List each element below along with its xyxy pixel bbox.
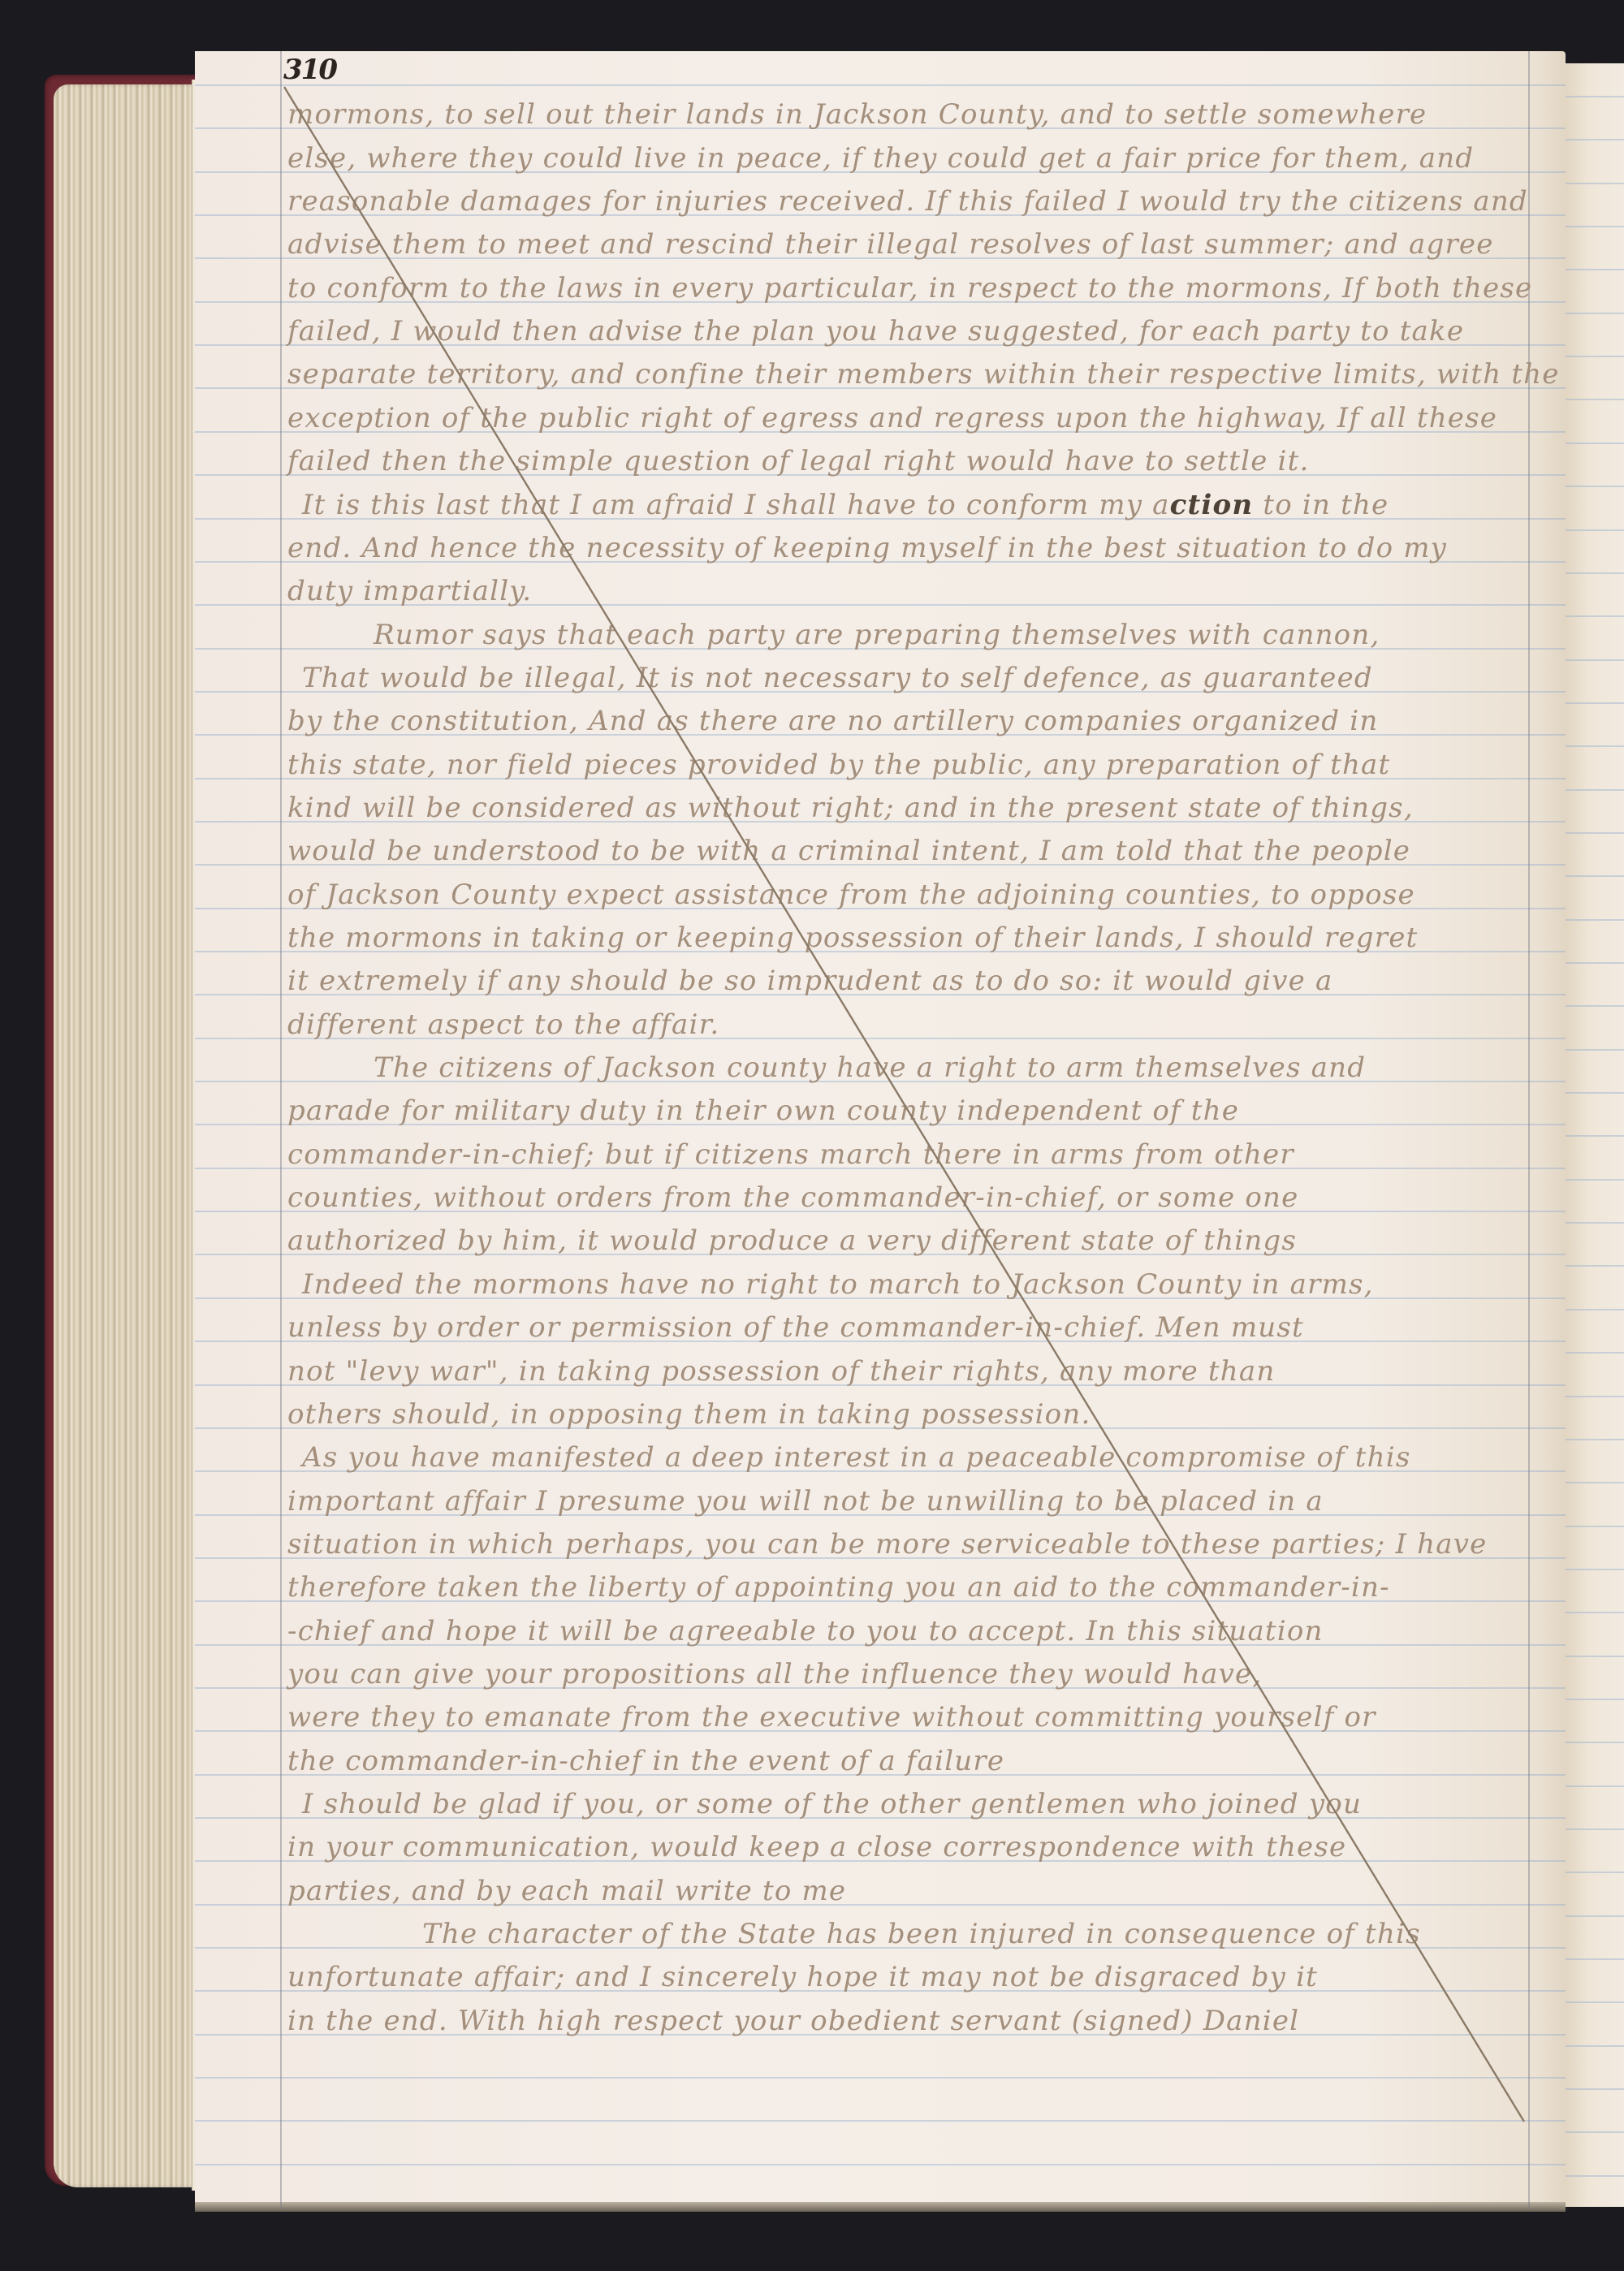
facing-page-ruled-line xyxy=(1566,486,1624,487)
facing-page-ruled-line xyxy=(1566,2175,1624,2177)
ruled-line xyxy=(195,2120,1566,2122)
facing-page-ruled-line xyxy=(1566,1092,1624,1094)
facing-page-ruled-line xyxy=(1566,1569,1624,1570)
facing-page-ruled-line xyxy=(1566,789,1624,791)
handwritten-line: The citizens of Jackson county have a ri… xyxy=(374,1051,1616,1084)
facing-page-ruled-line xyxy=(1566,615,1624,617)
facing-page-ruled-line xyxy=(1566,1482,1624,1483)
handwritten-line: authorized by him, it would produce a ve… xyxy=(287,1224,1530,1257)
handwritten-line: to conform to the laws in every particul… xyxy=(287,272,1530,304)
facing-page-ruled-line xyxy=(1566,1179,1624,1181)
facing-page-ruled-line xyxy=(1566,1699,1624,1700)
handwritten-line: different aspect to the affair. xyxy=(287,1008,1530,1041)
facing-page-ruled-line xyxy=(1566,1352,1624,1354)
facing-page-ruled-line xyxy=(1566,572,1624,574)
facing-page-ruled-line xyxy=(1566,2088,1624,2090)
handwritten-line: parties, and by each mail write to me xyxy=(287,1875,1530,1907)
facing-page-ruled-line xyxy=(1566,529,1624,531)
handwritten-line: exception of the public right of egress … xyxy=(287,402,1530,434)
facing-page-ruled-line xyxy=(1566,2045,1624,2047)
page-number: 310 xyxy=(283,54,336,86)
handwritten-line: the commander-in-chief in the event of a… xyxy=(287,1745,1530,1777)
handwritten-line: important affair I presume you will not … xyxy=(287,1485,1530,1518)
handwritten-line: duty impartially. xyxy=(287,575,1530,607)
handwritten-line: The character of the State has been inju… xyxy=(422,1918,1624,1950)
handwritten-line: parade for military duty in their own co… xyxy=(287,1094,1530,1127)
facing-page-ruled-line xyxy=(1566,1612,1624,1613)
handwritten-line: commander-in-chief; but if citizens marc… xyxy=(287,1138,1530,1171)
handwritten-line: failed then the simple question of legal… xyxy=(287,445,1530,477)
ruled-line xyxy=(195,2077,1566,2079)
handwritten-line: unfortunate affair; and I sincerely hope… xyxy=(287,1961,1530,1993)
facing-page-ruled-line xyxy=(1566,919,1624,921)
facing-page-ruled-line xyxy=(1566,183,1624,184)
facing-page-ruled-line xyxy=(1566,2131,1624,2133)
handwritten-line: not "levy war", in taking possession of … xyxy=(287,1355,1530,1388)
facing-page-ruled-line xyxy=(1566,356,1624,357)
handwritten-line: were they to emanate from the executive … xyxy=(287,1701,1530,1733)
facing-page-ruled-line xyxy=(1566,1742,1624,1743)
facing-page-ruled-line xyxy=(1566,1785,1624,1787)
handwritten-line: in the end. With high respect your obedi… xyxy=(287,2005,1530,2037)
handwritten-line: situation in which perhaps, you can be m… xyxy=(287,1528,1530,1561)
handwritten-line: else, where they could live in peace, if… xyxy=(287,142,1530,175)
facing-page-ruled-line xyxy=(1566,1222,1624,1224)
handwritten-line: in your communication, would keep a clos… xyxy=(287,1831,1530,1863)
ruled-line xyxy=(195,84,1566,86)
facing-page-ruled-line xyxy=(1566,1958,1624,1960)
handwritten-line: kind will be considered as without right… xyxy=(287,792,1530,824)
handwritten-line: would be understood to be with a crimina… xyxy=(287,835,1530,867)
handwritten-line: Indeed the mormons have no right to marc… xyxy=(302,1268,1544,1301)
facing-page-ruled-line xyxy=(1566,1005,1624,1007)
handwritten-line: therefore taken the liberty of appointin… xyxy=(287,1571,1530,1604)
handwritten-line: others should, in opposing them in takin… xyxy=(287,1398,1530,1431)
handwritten-line: advise them to meet and rescind their il… xyxy=(287,228,1530,261)
handwritten-line: reasonable damages for injuries received… xyxy=(287,185,1530,218)
handwritten-line: separate territory, and confine their me… xyxy=(287,358,1530,391)
page-stack-fore-edge xyxy=(54,84,200,2187)
facing-page-ruled-line xyxy=(1566,1526,1624,1527)
line-text-before: It is this last that I am afraid I shall… xyxy=(302,489,1170,521)
facing-page-ruled-line xyxy=(1566,1309,1624,1310)
facing-page-ruled-line xyxy=(1566,2001,1624,2003)
handwritten-line: Rumor says that each party are preparing… xyxy=(374,619,1616,651)
line-text-after: to in the xyxy=(1253,489,1389,521)
handwritten-line: That would be illegal, It is not necessa… xyxy=(302,662,1544,694)
facing-page-ruled-line xyxy=(1566,1656,1624,1657)
handwritten-line: As you have manifested a deep interest i… xyxy=(302,1441,1544,1474)
handwritten-line: this state, nor field pieces provided by… xyxy=(287,749,1530,781)
facing-page-ruled-line xyxy=(1566,139,1624,140)
facing-page-ruled-line xyxy=(1566,443,1624,444)
handwritten-line: -chief and hope it will be agreeable to … xyxy=(287,1615,1530,1647)
facing-page-ruled-line xyxy=(1566,269,1624,270)
facing-page-ruled-line xyxy=(1566,1872,1624,1873)
facing-page-ruled-line xyxy=(1566,962,1624,964)
handwritten-line: you can give your propositions all the i… xyxy=(287,1658,1530,1690)
handwritten-line: mormons, to sell out their lands in Jack… xyxy=(287,98,1530,131)
facing-page-ruled-line xyxy=(1566,1265,1624,1267)
handwritten-line: unless by order or permission of the com… xyxy=(287,1311,1530,1344)
facing-page-ruled-line xyxy=(1566,832,1624,834)
handwritten-line: It is this last that I am afraid I shall… xyxy=(302,489,1544,521)
handwritten-line: it extremely if any should be so imprude… xyxy=(287,965,1530,997)
handwritten-line: I should be glad if you, or some of the … xyxy=(302,1788,1544,1820)
facing-page-ruled-line xyxy=(1566,1439,1624,1440)
handwritten-line: counties, without orders from the comman… xyxy=(287,1181,1530,1214)
facing-page-ruled-line xyxy=(1566,702,1624,704)
ink-correction: ction xyxy=(1170,489,1254,521)
facing-page-ruled-line xyxy=(1566,1049,1624,1051)
facing-page-ruled-line xyxy=(1566,96,1624,97)
facing-page-ruled-line xyxy=(1566,399,1624,400)
handwritten-line: by the constitution, And as there are no… xyxy=(287,705,1530,737)
handwritten-line: end. And hence the necessity of keeping … xyxy=(287,532,1530,564)
facing-page-ruled-line xyxy=(1566,226,1624,227)
facing-page-ruled-line xyxy=(1566,745,1624,747)
page-bottom-edge xyxy=(195,2202,1566,2212)
facing-page-ruled-line xyxy=(1566,313,1624,314)
facing-page-ruled-line xyxy=(1566,659,1624,661)
ruled-line xyxy=(195,2164,1566,2165)
left-margin-line xyxy=(280,51,282,2209)
handwritten-line: failed, I would then advise the plan you… xyxy=(287,315,1530,348)
handwritten-line: of Jackson County expect assistance from… xyxy=(287,879,1530,911)
facing-page-ruled-line xyxy=(1566,1135,1624,1137)
facing-page-ruled-line xyxy=(1566,1396,1624,1397)
facing-page-ruled-line xyxy=(1566,875,1624,877)
facing-page-ruled-line xyxy=(1566,1828,1624,1830)
facing-page-ruled-line xyxy=(1566,1915,1624,1917)
handwritten-line: the mormons in taking or keeping possess… xyxy=(287,922,1530,954)
